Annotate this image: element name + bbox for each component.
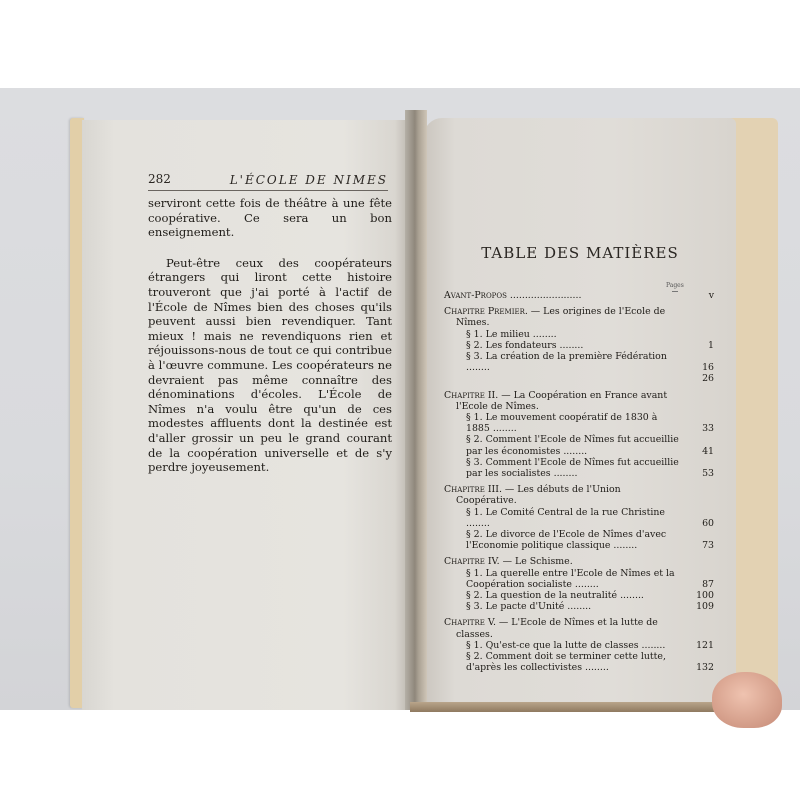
thumb: [712, 672, 782, 728]
toc-entry: § 2. Comment doit se terminer cette lutt…: [444, 651, 714, 673]
toc-entry: 26: [444, 373, 714, 384]
toc-entry: Avant-Propos ........................v: [444, 290, 714, 301]
toc-entry: Chapitre II. — La Coopération en France …: [444, 390, 714, 412]
chapter-label: Chapitre IV.: [444, 556, 500, 567]
toc-page-number: 73: [686, 540, 714, 551]
toc-entry: § 2. La question de la neutralité ......…: [444, 590, 714, 601]
toc-page-number: 121: [686, 640, 714, 651]
chapter-label: Chapitre III.: [444, 484, 502, 495]
chapter-label: Chapitre Premier.: [444, 306, 528, 317]
toc-title: TABLE DES MATIÈRES: [424, 244, 736, 262]
toc-page-number: 60: [686, 518, 714, 529]
running-title: L'ÉCOLE DE NIMES: [230, 173, 388, 187]
toc-entry: § 2. Le divorce de l'Ecole de Nîmes d'av…: [444, 529, 714, 551]
chapter-label: Chapitre V.: [444, 617, 496, 628]
running-head: 282 L'ÉCOLE DE NIMES: [148, 170, 388, 191]
paragraph: Peut-être ceux des coopérateurs étranger…: [148, 256, 392, 475]
table-of-contents: Avant-Propos ........................vCh…: [444, 290, 714, 674]
toc-page-number: 109: [686, 601, 714, 612]
toc-page-number: 132: [686, 662, 714, 673]
toc-page-number: 1: [686, 340, 714, 351]
book-gutter: [405, 110, 427, 710]
toc-entry: § 1. Le mouvement coopératif de 1830 à 1…: [444, 412, 714, 434]
paragraph: serviront cette fois de théâtre à une fê…: [148, 196, 392, 240]
toc-entry: § 3. Le pacte d'Unité ........109: [444, 601, 714, 612]
toc-page-number: 87: [686, 579, 714, 590]
toc-page-number: v: [686, 290, 714, 301]
toc-entry: Chapitre IV. — Le Schisme.: [444, 556, 714, 567]
toc-entry: § 1. Qu'est-ce que la lutte de classes .…: [444, 640, 714, 651]
chapter-label: Avant-Propos: [444, 290, 507, 301]
toc-entry: § 1. Le milieu ........: [444, 329, 714, 340]
toc-page-number: 26: [686, 373, 714, 384]
open-book: 282 L'ÉCOLE DE NIMES serviront cette foi…: [0, 0, 800, 800]
toc-entry: § 1. La querelle entre l'Ecole de Nîmes …: [444, 568, 714, 590]
toc-page-number: 53: [686, 468, 714, 479]
chapter-label: Chapitre II.: [444, 390, 498, 401]
page-number: 282: [148, 172, 171, 186]
toc-entry: Chapitre Premier. — Les origines de l'Ec…: [444, 306, 714, 328]
toc-entry: § 2. Comment l'Ecole de Nîmes fut accuei…: [444, 434, 714, 456]
toc-page-number: 41: [686, 446, 714, 457]
toc-entry: § 3. Comment l'Ecole de Nîmes fut accuei…: [444, 457, 714, 479]
left-page-text: serviront cette fois de théâtre à une fê…: [148, 196, 392, 491]
toc-entry: § 1. Le Comité Central de la rue Christi…: [444, 507, 714, 529]
toc-page-number: 16: [686, 362, 714, 373]
toc-page-number: 100: [686, 590, 714, 601]
toc-entry: Chapitre III. — Les débuts de l'Union Co…: [444, 484, 714, 506]
toc-entry: § 2. Les fondateurs ........1: [444, 340, 714, 351]
page-stack-bottom: [410, 702, 755, 712]
toc-page-number: 33: [686, 423, 714, 434]
toc-entry: Chapitre V. — L'Ecole de Nîmes et la lut…: [444, 617, 714, 639]
toc-entry: § 3. La création de la première Fédérati…: [444, 351, 714, 373]
